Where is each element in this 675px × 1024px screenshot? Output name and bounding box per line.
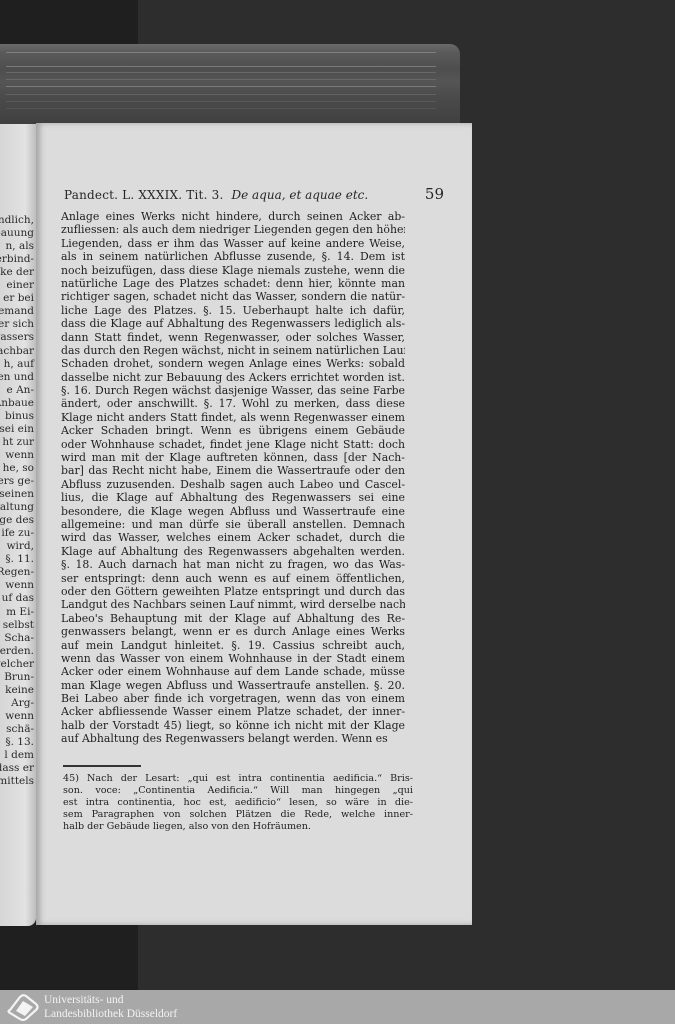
left-page-text-fragment: wenn [5,449,34,462]
body-line: zufliessen: als auch dem niedriger Liege… [61,223,405,236]
left-page-text-fragment: dass er [0,762,34,775]
body-line: als in seinem natürlichen Abflusse zusen… [61,250,405,263]
left-page-text-fragment: Anbaue [0,397,34,410]
left-page-text-fragment: Scha- [4,632,34,645]
body-line: auf Abhaltung des Regenwassers belangt w… [61,732,405,745]
left-page-text-fragment: binus [5,410,34,423]
body-line: Abfluss zuzusenden. Deshalb sagen auch L… [61,478,405,491]
body-line: Anlage eines Werks nicht hindere, durch … [61,210,405,223]
body-line: Bei Labeo aber finde ich vorgetragen, we… [61,692,405,705]
left-page-text-fragment: erbind- [0,253,34,266]
left-page-text-fragment: Jemand [0,305,34,318]
footnote-line: halb der Gebäude liegen, also von den Ho… [63,821,413,833]
body-line: Acker abfliessende Wasser einem Platze s… [61,705,405,718]
body-line: lius, die Klage auf Abhaltung des Regenw… [61,491,405,504]
body-line: ändert, oder anschwillt. §. 17. Wohl zu … [61,397,405,410]
footnote-divider [63,765,141,767]
library-name-line1: Universitäts- und [44,993,177,1007]
left-page-text-fragment: §. 11. [5,553,34,566]
body-line: dasselbe nicht zur Bebauung des Ackers e… [61,371,405,384]
left-page-text-fragment: l dem [4,749,34,762]
left-page-text-fragment: vassers [0,331,34,344]
body-line: dass die Klage auf Abhaltung des Regenwa… [61,317,405,330]
left-page-text-fragment: sei ein [0,423,34,436]
body-line: Schaden drohet, sondern wegen Anlage ein… [61,357,405,370]
left-page-text-fragment: m Ei- [6,606,34,619]
page-number: 59 [425,185,444,203]
left-page-text-fragment: ge des [0,514,34,527]
left-page-text-fragment: wird, [7,540,34,553]
body-line: halb der Vorstadt 45) liegt, so könne ic… [61,719,405,732]
running-head-subtitle: De aqua, et aquae etc. [231,188,368,202]
body-line: Acker Schaden bringt. Wenn es übrigens e… [61,424,405,437]
left-page-text-fragment: Nachbar [0,345,34,358]
left-page-text-fragment: wenn [5,579,34,592]
body-line: Liegenden, dass er ihm das Wasser auf ke… [61,237,405,250]
left-page-text-fragment: ers ge- [0,475,34,488]
body-line: Acker oder einem Wohnhause auf dem Lande… [61,665,405,678]
left-page-text-fragment: uf das [2,592,34,605]
left-page-text-fragment: he, so [3,462,34,475]
body-line: liche Lage des Platzes. §. 15. Ueberhaup… [61,304,405,317]
body-line: allgemeine: und man dürfe sie überall an… [61,518,405,531]
body-line: das durch den Regen wächst, nicht in sei… [61,344,405,357]
left-page-text-fragment: ife zu- [1,527,34,540]
body-line: auf mein Landgut hinleitet. §. 19. Cassi… [61,639,405,652]
body-line: noch beizufügen, dass diese Klage niemal… [61,264,405,277]
body-line: bar] das Recht nicht habe, Einem die Was… [61,464,405,477]
left-page-text-fragment: selbst [3,619,34,632]
left-page-text-fragment: erden. [0,645,34,658]
left-page-text-fragment: bauung [0,227,34,240]
book-page: Pandect. L. XXXIX. Tit. 3. De aqua, et a… [36,123,472,925]
left-page-text-fragment: ndlich, [0,214,34,227]
left-page-text-fragment: n, als [6,240,34,253]
body-line: wird man mit der Klage auftreten können,… [61,451,405,464]
left-page-text-fragment: seinen [0,488,34,501]
left-page-text-fragment: Arg- [11,697,34,710]
left-page-text-fragment: wenn [5,710,34,723]
left-page-text-fragment: altung [0,501,34,514]
library-footer-bar: Universitäts- und Landesbibliothek Düsse… [0,990,675,1024]
left-page-text-fragment: keine [5,684,34,697]
left-page-text-fragment: er sich [0,318,34,331]
footnote-line: son. voce: „Continentia Aedificia.“ Will… [63,785,413,797]
left-page-text-fragment: einer [6,279,34,292]
body-line: besondere, die Klage wegen Abfluss und W… [61,505,405,518]
library-name: Universitäts- und Landesbibliothek Düsse… [44,993,177,1021]
left-page-text-fragment: velcher [0,658,34,671]
body-line: Labeo's Behauptung mit der Klage auf Abh… [61,612,405,625]
left-page-fragment: ndlich,bauungn, alserbind-ke dereinerer … [0,124,36,926]
footnote-line: 45) Nach der Lesart: „qui est intra cont… [63,773,413,785]
left-page-text-fragment: mittels [0,775,34,788]
body-line: man Klage wegen Abfluss und Wassertraufe… [61,679,405,692]
body-line: Klage nicht anders Statt findet, als wen… [61,411,405,424]
body-line: oder den Göttern geweihten Platze entspr… [61,585,405,598]
left-page-text-fragment: e An- [7,384,34,397]
left-page-text-fragment: Regen- [0,566,34,579]
body-line: natürliche Lage des Platzes schadet: den… [61,277,405,290]
book-page-edges [0,44,460,128]
body-line: wenn das Wasser von einem Wohnhause in d… [61,652,405,665]
running-head-title: Pandect. L. XXXIX. Tit. 3. [64,188,223,202]
footnote-line: est intra continentia, hoc est, aedifici… [63,797,413,809]
body-line: Klage auf Abhaltung des Regenwassers abg… [61,545,405,558]
left-page-text-fragment: en und [0,371,34,384]
body-line: dann Statt findet, wenn Regenwasser, ode… [61,331,405,344]
left-page-text-fragment: er bei [3,292,34,305]
body-line: richtiger sagen, schadet nicht das Wasse… [61,290,405,303]
footnote-line: sem Paragraphen von solchen Plätzen die … [63,809,413,821]
body-line: wird das Wasser, welches einem Acker sch… [61,531,405,544]
left-page-text-fragment: Brun- [4,671,34,684]
library-logo-icon [4,992,42,1022]
left-page-text-fragment: ke der [0,266,34,279]
left-page-text-fragment: §. 13. [5,736,34,749]
body-line: Landgut des Nachbars seinen Lauf nimmt, … [61,598,405,611]
body-line: oder Wohnhause schadet, findet jene Klag… [61,438,405,451]
left-page-text-fragment: ht zur [2,436,34,449]
body-line: §. 18. Auch darnach hat man nicht zu fra… [61,558,405,571]
left-page-text-fragment: h, auf [4,358,34,371]
footnote: 45) Nach der Lesart: „qui est intra cont… [63,773,413,833]
body-line: §. 16. Durch Regen wächst dasjenige Wass… [61,384,405,397]
body-line: genwassers belangt, wenn er es durch Anl… [61,625,405,638]
running-head: Pandect. L. XXXIX. Tit. 3. De aqua, et a… [64,185,444,203]
body-text: Anlage eines Werks nicht hindere, durch … [61,210,405,746]
body-line: ser entspringt: denn auch wenn es auf ei… [61,572,405,585]
left-page-text-fragment: schä- [6,723,34,736]
library-name-line2: Landesbibliothek Düsseldorf [44,1007,177,1021]
